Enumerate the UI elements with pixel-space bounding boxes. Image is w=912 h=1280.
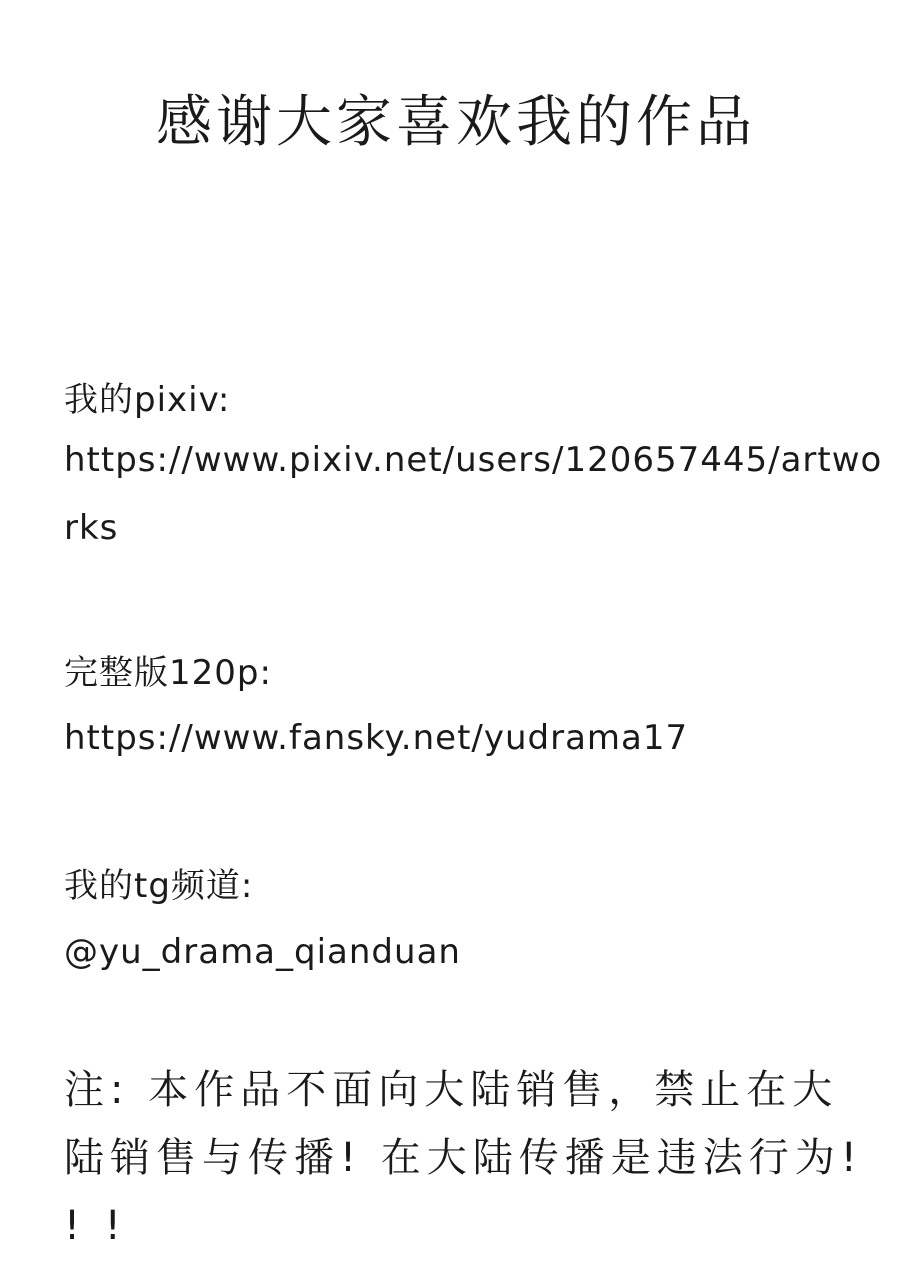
pixiv-url-line1[interactable]: https://www.pixiv.net/users/120657445/ar… — [64, 440, 882, 480]
telegram-handle[interactable]: @yu_drama_qianduan — [64, 932, 461, 972]
full-version-label: 完整版120p: — [64, 645, 272, 694]
full-version-url[interactable]: https://www.fansky.net/yudrama17 — [64, 718, 688, 758]
pixiv-url-line2[interactable]: rks — [64, 508, 118, 548]
pixiv-label: 我的pixiv: — [64, 372, 230, 421]
page-title: 感谢大家喜欢我的作品 — [0, 78, 912, 158]
notice-text: 注: 本作品不面向大陆销售，禁止在大陆销售与传播! 在大陆传播是违法行为! ! … — [64, 1056, 864, 1260]
telegram-label: 我的tg频道: — [64, 858, 253, 907]
